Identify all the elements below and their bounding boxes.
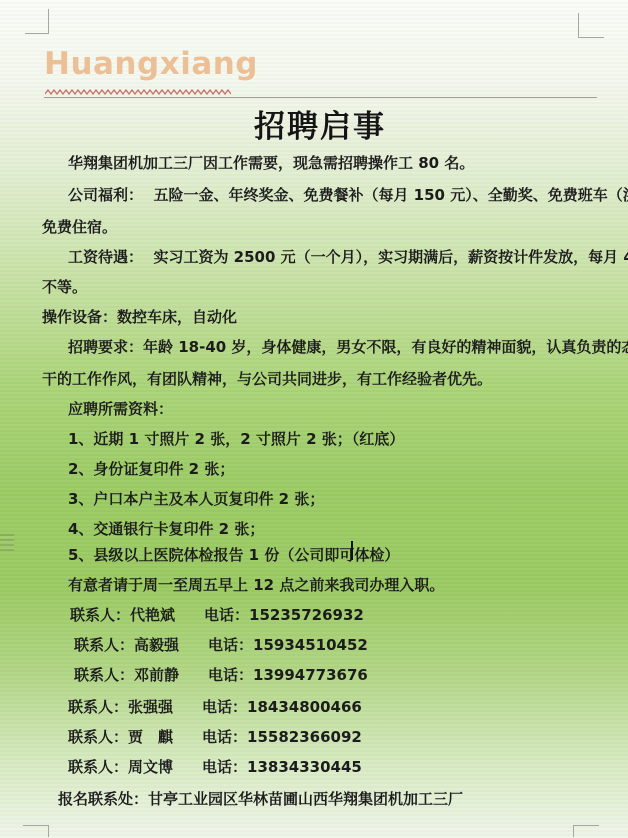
document-page[interactable]: Huangxiang 招聘启事 华翔集团机加工三厂因工作需要，现急需招聘操作工 … [0, 0, 628, 838]
text-boundary-mark-bottom-left [23, 825, 49, 837]
signup-location-line: 报名联系处：甘亭工业园区华林苗圃山西华翔集团机加工三厂 [58, 788, 463, 809]
paragraph-materials-heading: 应聘所需资料： [68, 398, 173, 419]
header-divider-line [44, 97, 597, 98]
paragraph-benefits-line1: 公司福利： 五险一金、年终奖金、免费餐补（每月 150 元）、全勤奖、免费班车（… [68, 184, 628, 205]
contact-phone: 13994773676 [253, 666, 368, 684]
contact-label: 联系人： [68, 758, 128, 776]
paragraph-intro: 华翔集团机加工三厂因工作需要，现急需招聘操作工 80 名。 [68, 152, 474, 173]
phone-label: 电话： [202, 728, 247, 746]
paragraph-benefits-line2: 免费住宿。 [42, 216, 117, 237]
list-item-4: 4、交通银行卡复印件 2 张； [68, 518, 264, 539]
contact-label: 联系人： [70, 606, 130, 624]
contact-label: 联系人： [68, 698, 128, 716]
paragraph-apply-time: 有意者请于周一至周五早上 12 点之前来我司办理入职。 [68, 574, 444, 595]
contact-name: 张强强 [128, 696, 202, 717]
document-title: 招聘启事 [45, 101, 595, 146]
list-item-3: 3、户口本户主及本人页复印件 2 张； [68, 488, 324, 509]
contact-label: 联系人： [68, 728, 128, 746]
company-logo-text: Huangxiang [44, 46, 258, 82]
text-boundary-mark-top-right [578, 13, 604, 38]
contact-phone: 13834330445 [247, 758, 362, 776]
paragraph-equipment: 操作设备：数控车床，自动化 [42, 306, 237, 327]
contact-row: 联系人：邓前静电话：13994773676 [74, 664, 368, 685]
phone-label: 电话： [204, 606, 249, 624]
paragraph-salary-line1: 工资待遇： 实习工资为 2500 元（一个月），实习期满后，薪资按计件发放，每月… [68, 246, 628, 267]
text-cursor [351, 541, 353, 560]
phone-label: 电话： [208, 666, 253, 684]
photo-artifact-mark [0, 534, 14, 551]
phone-label: 电话： [208, 636, 253, 654]
contact-name: 邓前静 [134, 664, 208, 685]
contact-row: 联系人：代艳斌电话：15235726932 [70, 604, 364, 625]
paragraph-salary-line2: 不等。 [42, 276, 87, 297]
list-item-1: 1、近期 1 寸照片 2 张，2 寸照片 2 张；（红底） [68, 428, 404, 449]
contact-label: 联系人： [74, 666, 134, 684]
list-item-2: 2、身份证复印件 2 张； [68, 458, 234, 479]
contact-name: 周文博 [128, 756, 202, 777]
contact-row: 联系人：高毅强电话：15934510452 [74, 634, 368, 655]
phone-label: 电话： [202, 758, 247, 776]
contact-row: 联系人：周文博电话：13834330445 [68, 756, 362, 777]
phone-label: 电话： [202, 698, 247, 716]
paragraph-requirements-line2: 干的工作作风，有团队精神，与公司共同进步，有工作经验者优先。 [42, 368, 492, 389]
contact-row: 联系人：贾 麒电话：15582366092 [68, 726, 362, 747]
contact-phone: 15582366092 [247, 728, 362, 746]
contact-name: 贾 麒 [128, 726, 202, 747]
text-boundary-mark-bottom-right [573, 825, 599, 837]
contact-label: 联系人： [74, 636, 134, 654]
text-boundary-mark-top-left [25, 9, 49, 34]
contact-name: 高毅强 [134, 634, 208, 655]
contact-phone: 15934510452 [253, 636, 368, 654]
spellcheck-squiggle-underline [45, 88, 231, 96]
contact-phone: 18434800466 [247, 698, 362, 716]
contact-name: 代艳斌 [130, 604, 204, 625]
list-item-5: 5、县级以上医院体检报告 1 份（公司即可体检） [68, 544, 399, 565]
contact-row: 联系人：张强强电话：18434800466 [68, 696, 362, 717]
paragraph-requirements-line1: 招聘要求：年龄 18-40 岁，身体健康，男女不限，有良好的精神面貌，认真负责的… [68, 336, 628, 357]
contact-phone: 15235726932 [249, 606, 364, 624]
